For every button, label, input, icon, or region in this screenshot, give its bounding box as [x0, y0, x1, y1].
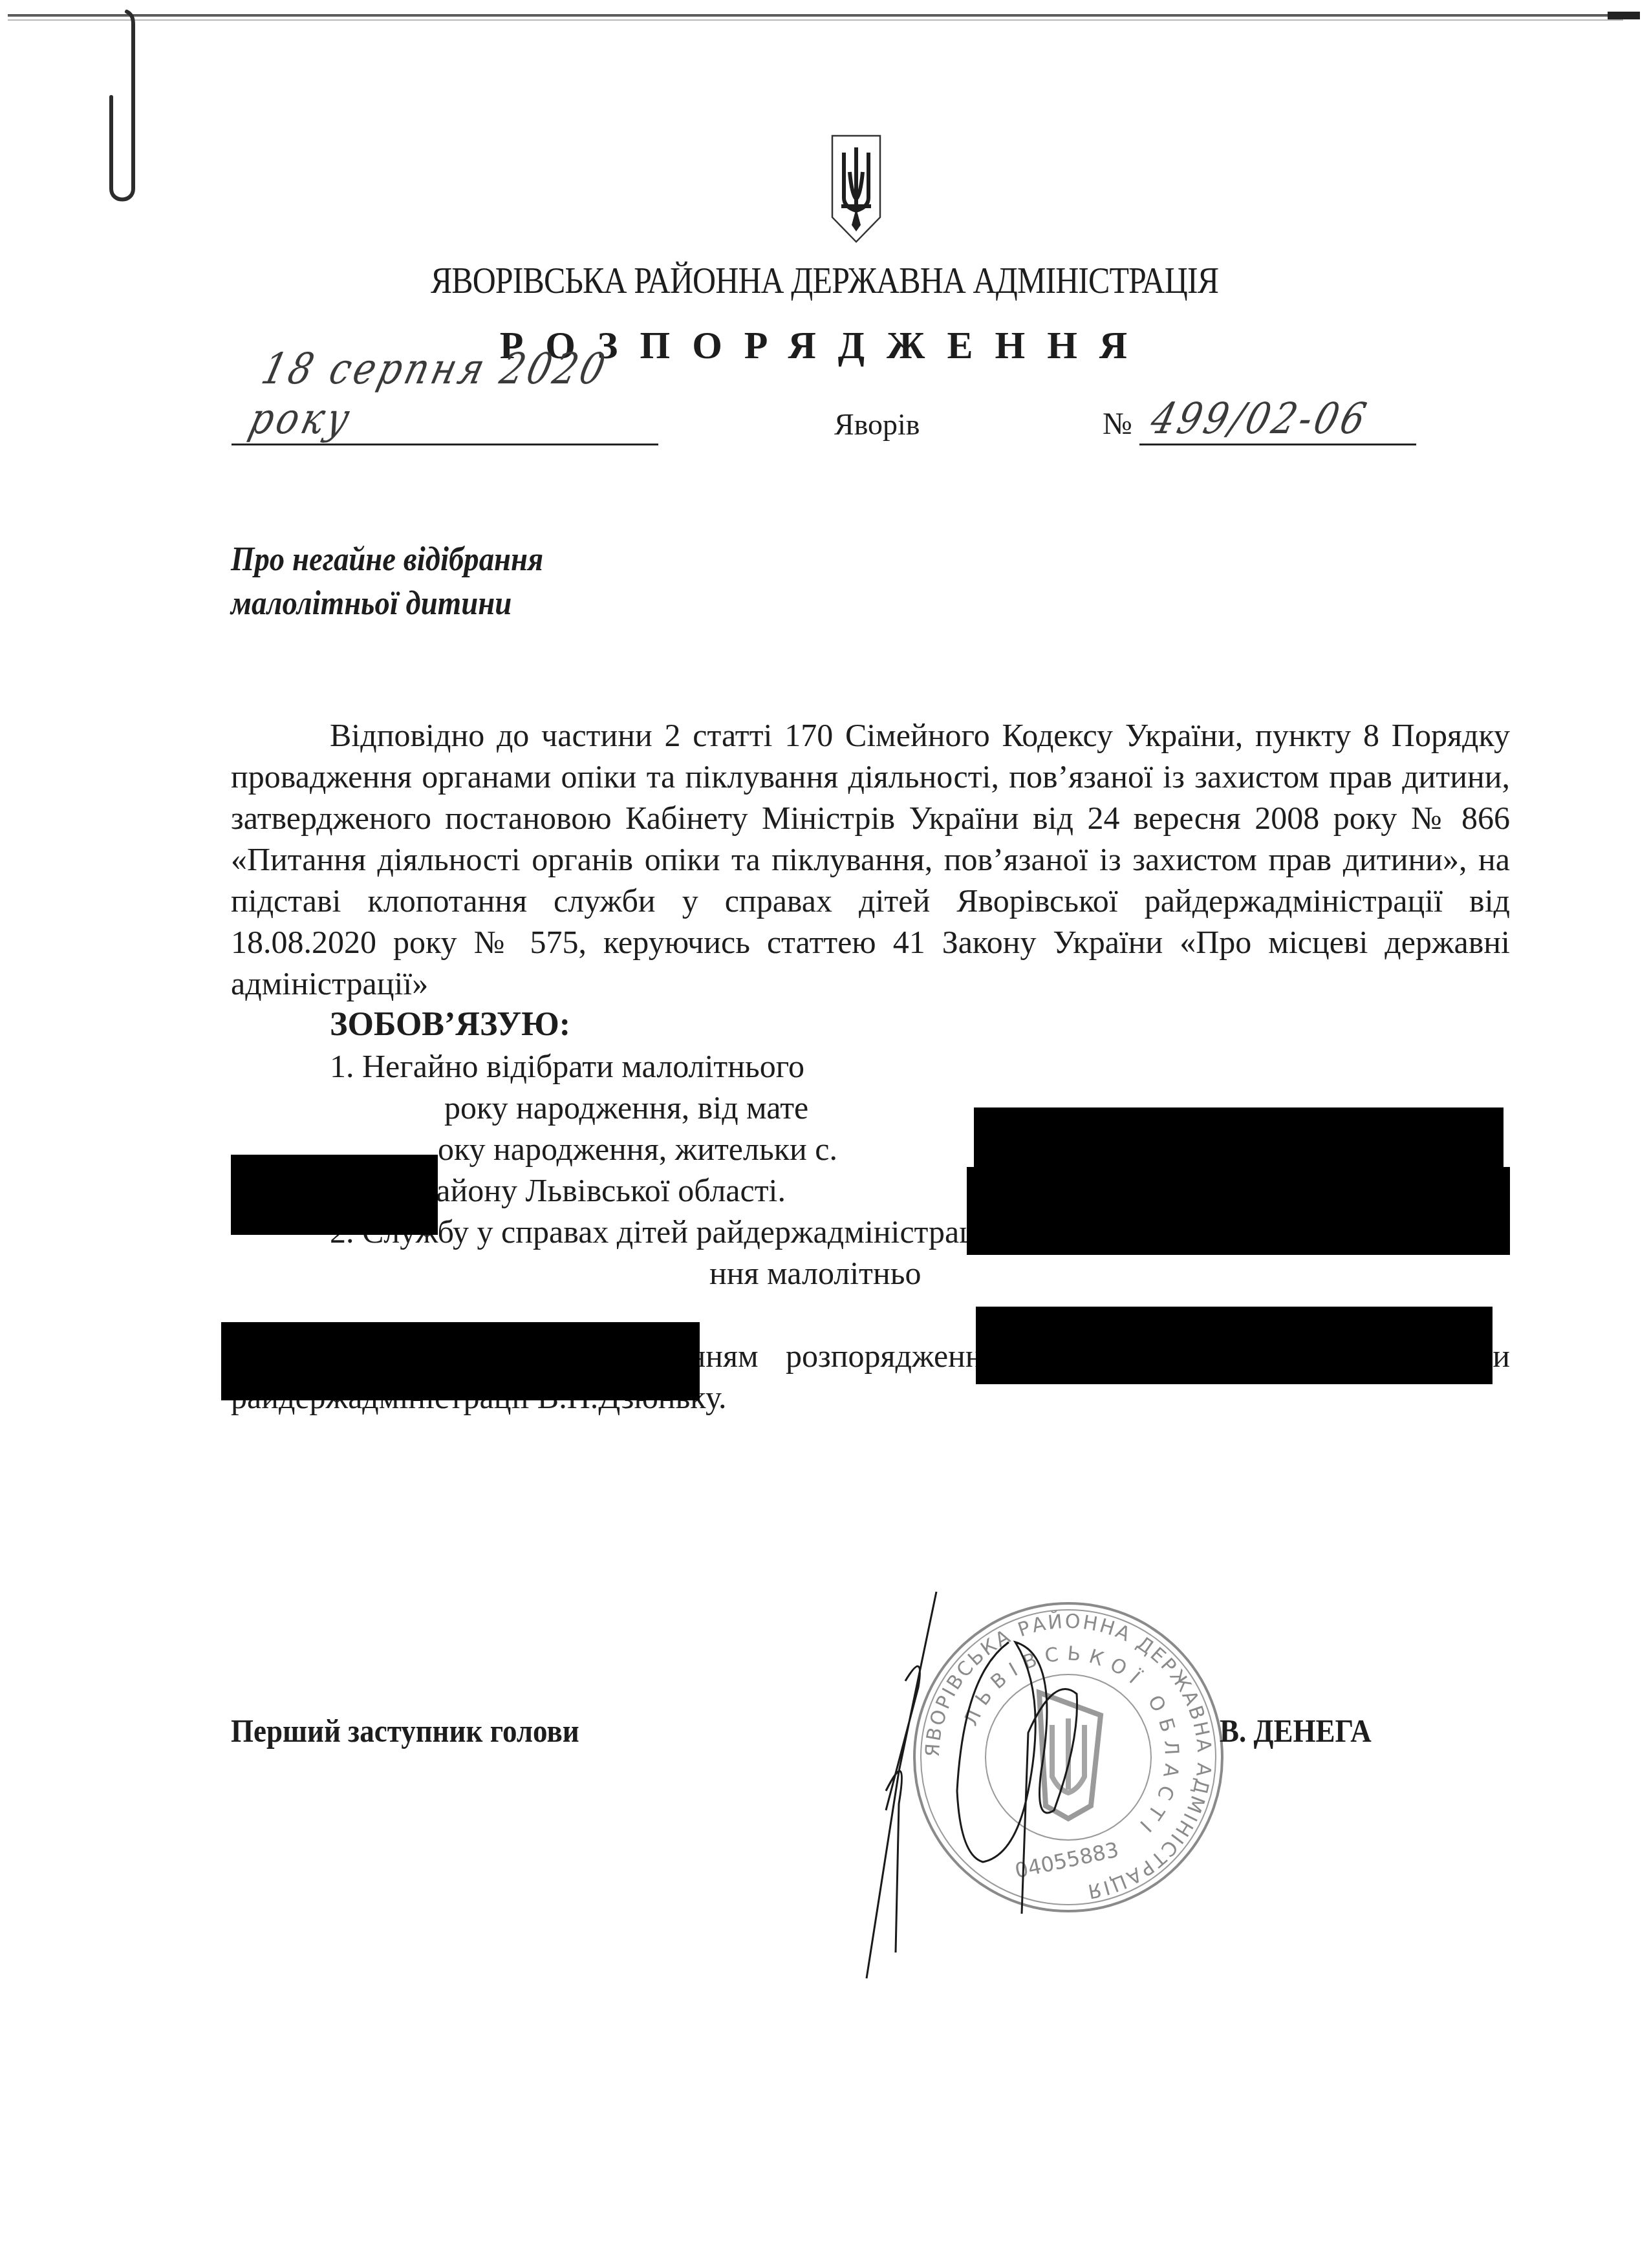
preamble-paragraph: Відповідно до частини 2 статті 170 Сімей… [231, 714, 1510, 1004]
coat-of-arms-icon [831, 134, 881, 243]
handwritten-number: 499/02-06 [1146, 394, 1374, 444]
scan-corner-mark [1608, 12, 1640, 19]
item-1-text-a: Негайно відібрати малолітнього [362, 1048, 804, 1084]
handwritten-date: 18 серпня 2020 року [244, 344, 621, 444]
item-2-line-2: ння малолітньо [231, 1252, 1510, 1294]
item-1: 1. Негайно відібрати малолітнього [231, 1045, 1510, 1087]
number-label: № [1103, 406, 1132, 442]
redaction-box [221, 1322, 700, 1400]
document-subject: Про негайне відібрання малолітньої дитин… [231, 538, 543, 626]
item-2-text-b: ння малолітньо [709, 1255, 921, 1291]
redaction-box [231, 1155, 438, 1235]
scan-top-edge-shadow [8, 19, 1623, 21]
paper-clip-icon [102, 9, 141, 206]
item-1-text-c: оку народження, жительки с. [438, 1131, 837, 1167]
subject-line-1: Про негайне відібрання [231, 538, 543, 582]
signatory-name: В. ДЕНЕГА [1220, 1712, 1372, 1749]
redaction-box [967, 1167, 1510, 1255]
number-field: 499/02-06 [1139, 401, 1416, 445]
redaction-box [974, 1107, 1503, 1168]
document-meta-row: 18 серпня 2020 року Яворів № 499/02-06 [0, 388, 1649, 459]
signatory-title: Перший заступник голови [231, 1712, 579, 1749]
subject-line-2: малолітньої дитини [231, 582, 543, 626]
item-1-text-b: року народження, від мате [444, 1089, 808, 1126]
date-field: 18 серпня 2020 року [232, 401, 658, 445]
item-1-number: 1. [330, 1048, 354, 1084]
redaction-box [976, 1307, 1493, 1384]
organization-name: ЯВОРІВСЬКА РАЙОННА ДЕРЖАВНА АДМІНІСТРАЦІ… [116, 259, 1534, 302]
scan-top-edge [8, 14, 1623, 17]
document-type-title: РОЗПОРЯДЖЕННЯ [0, 323, 1649, 368]
handwritten-signature [860, 1578, 1222, 1991]
obligation-heading: ЗОБОВ’ЯЗУЮ: [330, 1004, 1510, 1045]
place-label: Яворів [834, 407, 920, 442]
